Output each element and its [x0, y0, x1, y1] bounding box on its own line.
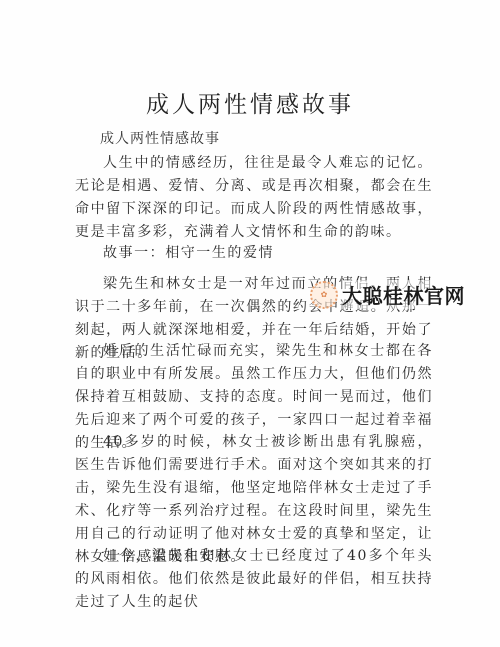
document-subtitle: 成人两性情感故事	[100, 128, 220, 148]
story-heading: 故事一：相守一生的爱情	[75, 242, 433, 265]
circular-seal-logo-icon: ✿	[310, 281, 338, 309]
watermark-text: 大聪桂林官网	[342, 280, 465, 309]
site-watermark: ✿ 大聪桂林官网	[310, 280, 465, 309]
document-title: 成人两性情感故事	[0, 86, 500, 119]
story-paragraph-4: 如今，梁先生和林女士已经度过了40多个年头的风雨相依。他们依然是彼此最好的伴侣，…	[75, 545, 433, 614]
intro-paragraph: 人生中的情感经历，往往是最令人难忘的记忆。无论是相遇、爱情、分离、或是再次相聚，…	[75, 152, 433, 244]
document-page: 成人两性情感故事 成人两性情感故事 人生中的情感经历，往往是最令人难忘的记忆。无…	[0, 0, 500, 647]
